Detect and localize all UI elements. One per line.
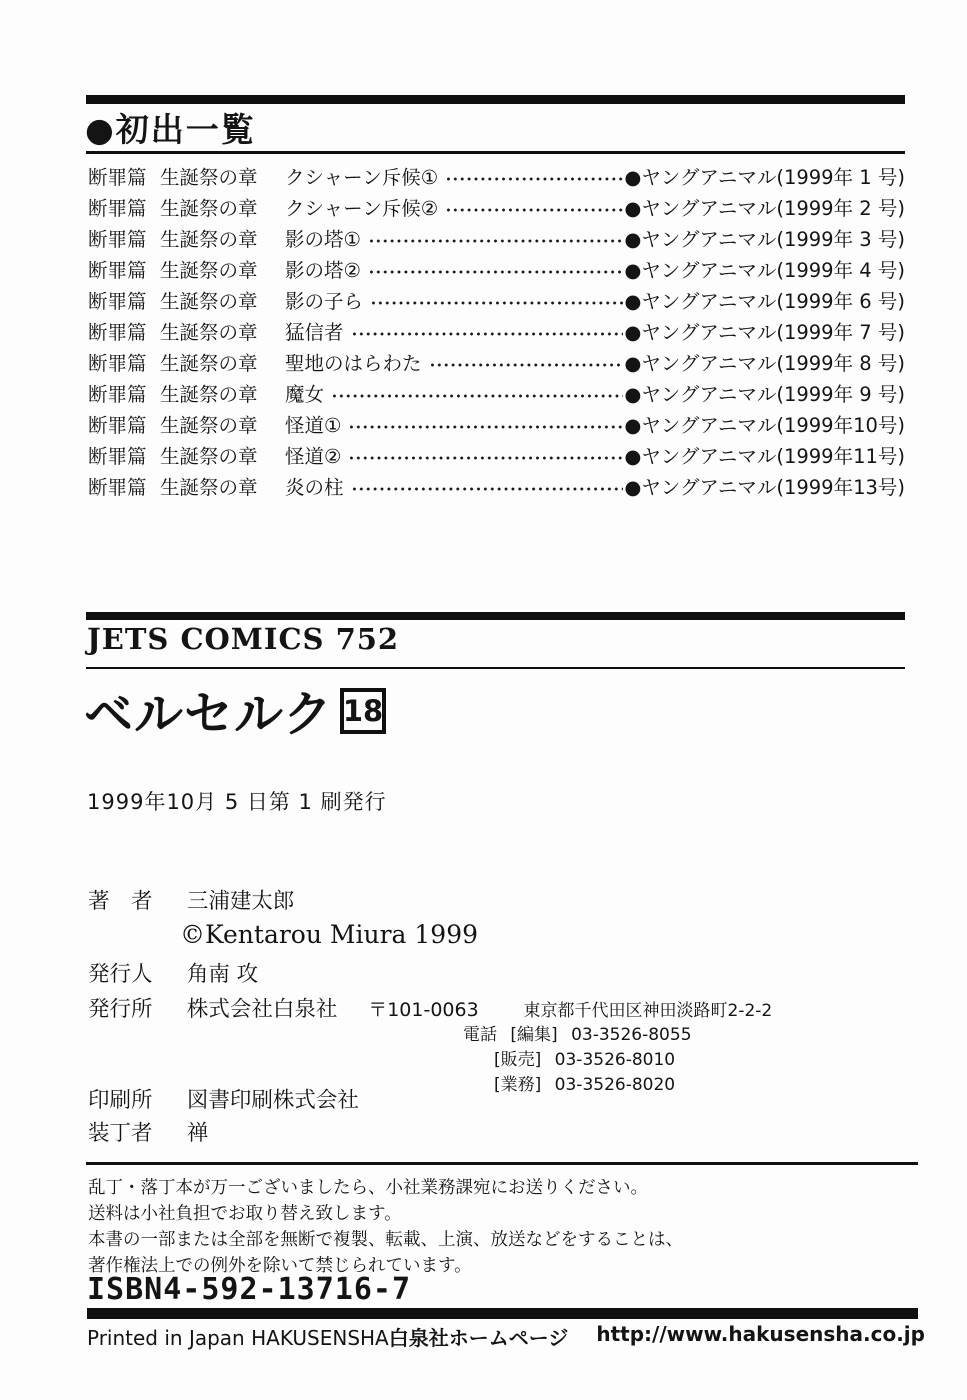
credit-row-printer: 印刷所 図書印刷株式会社 <box>88 1083 359 1114</box>
part-label: 断罪篇 <box>88 317 160 345</box>
designer-label: 装丁者 <box>88 1116 180 1147</box>
phone-editorial: 電話 [編集] 03-3526-8055 <box>463 1020 692 1045</box>
part-label: 断罪篇 <box>88 193 160 221</box>
chapter-title: 怪道① <box>285 410 341 438</box>
chapter-row: 断罪篇 生誕祭の章 炎の柱 ●ヤングアニマル(1999年13号) <box>88 470 905 501</box>
source-label: ●ヤングアニマル(1999年 4 号) <box>624 255 905 283</box>
designer-name: 禅 <box>187 1121 209 1146</box>
source-label: ●ヤングアニマル(1999年 3 号) <box>624 224 905 252</box>
chapter-title: 影の子ら <box>285 286 363 314</box>
top-rule <box>86 95 905 104</box>
notice-line: 本書の一部または全部を無断で複製、転載、上演、放送などをすることは、 <box>88 1227 683 1253</box>
chapter-title: 影の塔① <box>285 224 361 252</box>
bottom-rule <box>87 1308 918 1319</box>
chapter-title: 怪道② <box>285 441 341 469</box>
phone-business: [業務] 03-3526-8020 <box>494 1070 675 1095</box>
chapter-title: 炎の柱 <box>285 472 344 500</box>
source-label: ●ヤングアニマル(1999年13号) <box>624 472 905 500</box>
chapter-title: 影の塔② <box>285 255 361 283</box>
arc-label: 生誕祭の章 <box>160 348 285 376</box>
chapter-row: 断罪篇 生誕祭の章 怪道① ●ヤングアニマル(1999年10号) <box>88 408 905 439</box>
phone-sales: [販売] 03-3526-8010 <box>494 1045 675 1070</box>
printed-in-japan: Printed in Japan HAKUSENSHA <box>87 1326 389 1350</box>
part-label: 断罪篇 <box>88 286 160 314</box>
footer: Printed in Japan HAKUSENSHA 白泉社ホームページ ht… <box>87 1322 918 1351</box>
credit-row-designer: 装丁者 禅 <box>88 1116 208 1147</box>
source-label: ●ヤングアニマル(1999年10号) <box>624 410 905 438</box>
author-label: 著 者 <box>88 884 180 915</box>
part-label: 断罪篇 <box>88 410 160 438</box>
isbn: ISBN4-592-13716-7 <box>87 1272 411 1307</box>
phone-number: 03-3526-8055 <box>571 1025 691 1045</box>
source-label: ●ヤングアニマル(1999年 9 号) <box>624 379 905 407</box>
chapter-title: 魔女 <box>285 379 324 407</box>
chapter-row: 断罪篇 生誕祭の章 魔女 ●ヤングアニマル(1999年 9 号) <box>88 377 905 408</box>
source-label: ●ヤングアニマル(1999年 7 号) <box>624 317 905 345</box>
part-label: 断罪篇 <box>88 255 160 283</box>
chapter-row: 断罪篇 生誕祭の章 影の子ら ●ヤングアニマル(1999年 6 号) <box>88 284 905 315</box>
chapter-row: 断罪篇 生誕祭の章 猛信者 ●ヤングアニマル(1999年 7 号) <box>88 315 905 346</box>
volume-badge: 18 <box>340 688 386 734</box>
part-label: 断罪篇 <box>88 224 160 252</box>
imprint-label: JETS COMICS 752 <box>87 622 399 656</box>
notice-line: 乱丁・落丁本が万一ございましたら、小社業務課宛にお送りください。 <box>88 1175 683 1201</box>
chapter-row: 断罪篇 生誕祭の章 クシャーン斥候② ●ヤングアニマル(1999年 2 号) <box>88 191 905 222</box>
imprint-underline <box>86 667 905 669</box>
printer-name: 図書印刷株式会社 <box>187 1088 359 1113</box>
dot-leader <box>429 361 624 368</box>
publication-history-list: 断罪篇 生誕祭の章 クシャーン斥候① ●ヤングアニマル(1999年 1 号) 断… <box>88 160 905 501</box>
chapter-row: 断罪篇 生誕祭の章 影の塔① ●ヤングアニマル(1999年 3 号) <box>88 222 905 253</box>
heading-underline <box>86 151 905 154</box>
credit-row-publisher: 発行所 株式会社白泉社 〒101-0063 東京都千代田区神田淡路町2-2-2 <box>88 992 772 1023</box>
source-label: ●ヤングアニマル(1999年 8 号) <box>624 348 905 376</box>
book-title-text: ベルセルク <box>84 676 333 746</box>
part-label: 断罪篇 <box>88 162 160 190</box>
chapter-row: 断罪篇 生誕祭の章 影の塔② ●ヤングアニマル(1999年 4 号) <box>88 253 905 284</box>
homepage-label: 白泉社ホームページ <box>389 1322 569 1351</box>
dot-leader <box>348 454 623 461</box>
dot-leader <box>368 268 623 275</box>
phone-dept: [販売] <box>494 1050 541 1070</box>
part-label: 断罪篇 <box>88 441 160 469</box>
source-label: ●ヤングアニマル(1999年 2 号) <box>624 193 905 221</box>
credit-row-author: 著 者 三浦建太郎 <box>88 884 294 915</box>
notice-top-rule <box>86 1162 918 1165</box>
phone-dept: [業務] <box>494 1075 541 1095</box>
phone-dept: [編集] <box>510 1025 557 1045</box>
dot-leader <box>445 175 623 182</box>
source-label: ●ヤングアニマル(1999年11号) <box>624 441 905 469</box>
arc-label: 生誕祭の章 <box>160 379 285 407</box>
arc-label: 生誕祭の章 <box>160 441 285 469</box>
arc-label: 生誕祭の章 <box>160 472 285 500</box>
publisher-address: 東京都千代田区神田淡路町2-2-2 <box>524 1001 773 1021</box>
homepage-url: http://www.hakusensha.co.jp <box>596 1322 925 1351</box>
chapter-title: 猛信者 <box>285 317 344 345</box>
phone-number: 03-3526-8020 <box>555 1075 675 1095</box>
source-label: ●ヤングアニマル(1999年 1 号) <box>624 162 905 190</box>
print-date: 1999年10月 5 日第 1 刷発行 <box>87 786 387 816</box>
author-name: 三浦建太郎 <box>187 889 295 914</box>
publisher-person-name: 角南 攻 <box>187 962 258 987</box>
phone-number: 03-3526-8010 <box>555 1050 675 1070</box>
source-label: ●ヤングアニマル(1999年 6 号) <box>624 286 905 314</box>
chapter-row: 断罪篇 生誕祭の章 聖地のはらわた ●ヤングアニマル(1999年 8 号) <box>88 346 905 377</box>
chapter-row: 断罪篇 生誕祭の章 クシャーン斥候① ●ヤングアニマル(1999年 1 号) <box>88 160 905 191</box>
notices: 乱丁・落丁本が万一ございましたら、小社業務課宛にお送りください。 送料は小社負担… <box>88 1175 683 1279</box>
part-label: 断罪篇 <box>88 472 160 500</box>
publication-history-heading: ●初出一覧 <box>85 104 256 151</box>
notice-line: 送料は小社負担でお取り替え致します。 <box>88 1201 683 1227</box>
arc-label: 生誕祭の章 <box>160 410 285 438</box>
chapter-title: クシャーン斥候② <box>285 193 438 221</box>
book-title: ベルセルク 18 <box>84 676 386 746</box>
arc-label: 生誕祭の章 <box>160 317 285 345</box>
arc-label: 生誕祭の章 <box>160 224 285 252</box>
dot-leader <box>370 299 623 306</box>
phone-label: 電話 <box>463 1025 497 1045</box>
arc-label: 生誕祭の章 <box>160 162 285 190</box>
publisher-label: 発行所 <box>88 992 180 1023</box>
publisher-person-label: 発行人 <box>88 957 180 988</box>
part-label: 断罪篇 <box>88 348 160 376</box>
imprint-top-rule <box>86 612 905 620</box>
arc-label: 生誕祭の章 <box>160 193 285 221</box>
printer-label: 印刷所 <box>88 1083 180 1114</box>
publisher-name: 株式会社白泉社 <box>187 997 338 1022</box>
dot-leader <box>351 330 624 337</box>
dot-leader <box>331 392 623 399</box>
arc-label: 生誕祭の章 <box>160 286 285 314</box>
dot-leader <box>348 423 623 430</box>
arc-label: 生誕祭の章 <box>160 255 285 283</box>
copyright-line: ©Kentarou Miura 1999 <box>180 920 478 949</box>
chapter-row: 断罪篇 生誕祭の章 怪道② ●ヤングアニマル(1999年11号) <box>88 439 905 470</box>
dot-leader <box>368 237 623 244</box>
part-label: 断罪篇 <box>88 379 160 407</box>
footer-homepage: 白泉社ホームページ http://www.hakusensha.co.jp <box>389 1322 925 1351</box>
credit-row-publisher-person: 発行人 角南 攻 <box>88 957 258 988</box>
dot-leader <box>351 485 624 492</box>
postal-code: 〒101-0063 <box>368 999 478 1021</box>
dot-leader <box>445 206 623 213</box>
chapter-title: 聖地のはらわた <box>285 348 422 376</box>
chapter-title: クシャーン斥候① <box>285 162 438 190</box>
